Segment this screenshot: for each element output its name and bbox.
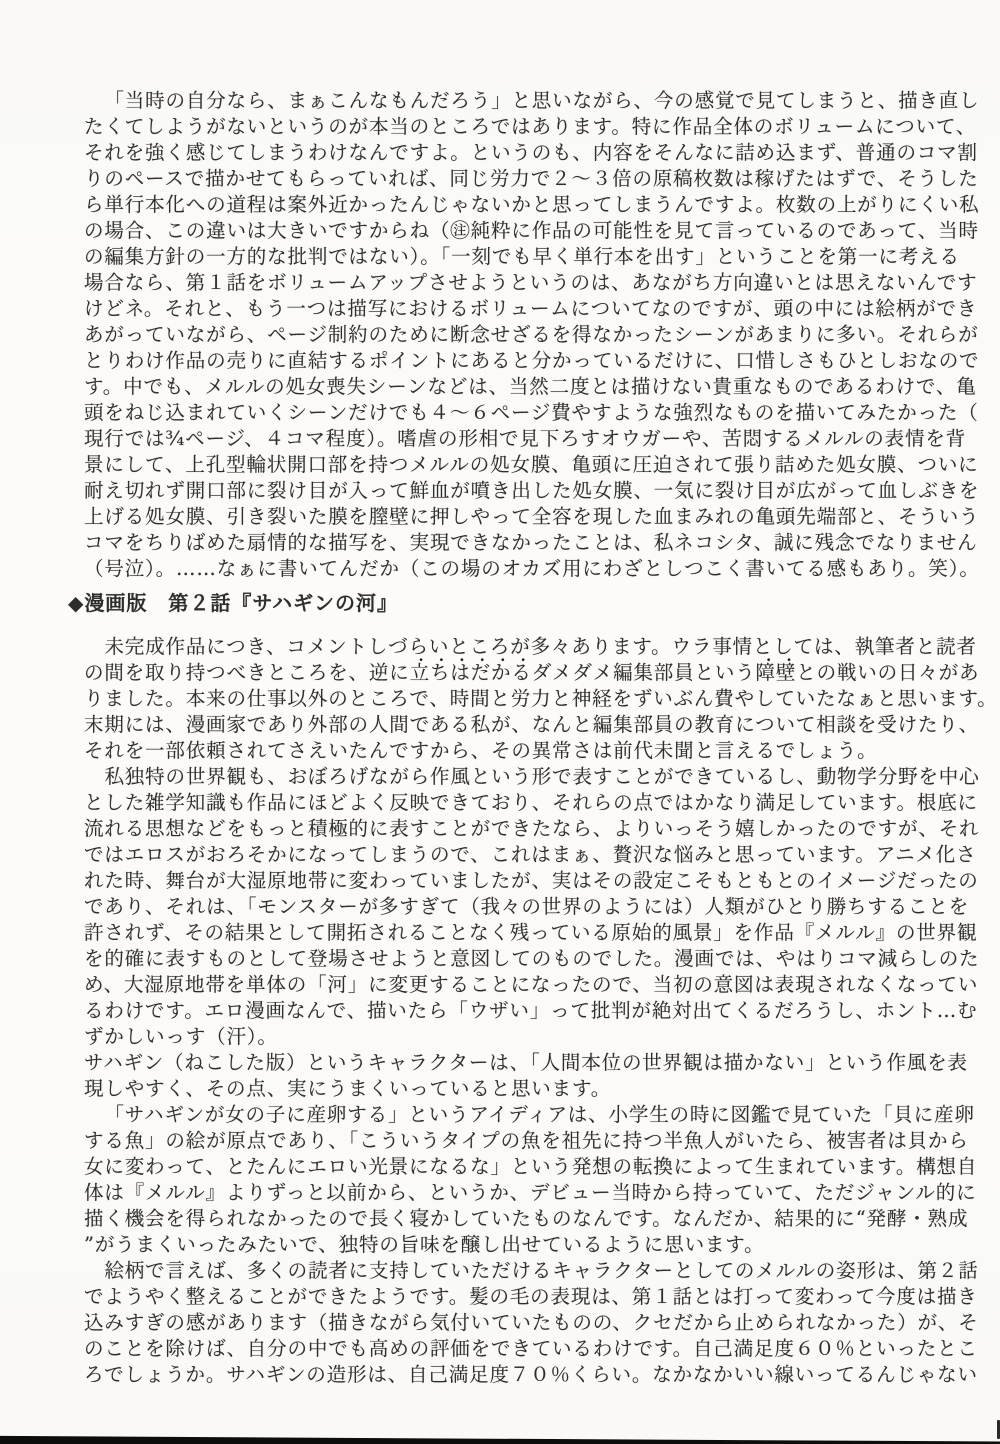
paragraph-3: 私独特の世界観も、おぼろげながら作風という形で表すことができているし、動物学分野… — [84, 764, 964, 1102]
text-line: する魚」の絵が原点であり、「こういうタイプの魚を祖先に持つ半魚人がいたら、被害者… — [84, 1128, 964, 1154]
text-line: の場合、この違いは大きいですからね（㊟純粋に作品の可能性を見て言っているのであっ… — [84, 218, 964, 244]
text-line: の間を取り持つべきところを、逆に立ちはだかるダメダメ編集部員という障壁との戦いの… — [84, 660, 964, 686]
scan-edge-artifact — [0, 1435, 1000, 1444]
paragraph-1: 「当時の自分なら、まぁこんなもんだろう」と思いながら、今の感覚で見てしまうと、描… — [84, 88, 964, 582]
text-line: す。中でも、メルルの処女喪失シーンなどは、当然二度とは描けない貴重なものであるわ… — [84, 374, 964, 400]
text-body: 「当時の自分なら、まぁこんなもんだろう」と思いながら、今の感覚で見てしまうと、描… — [84, 88, 964, 1388]
text-line: りました。本来の仕事以外のところで、時間と労力と神経をずいぶん費やしていたなぁと… — [84, 686, 964, 712]
text-line: 頭をねじ込まれていくシーンだけでも４～６ページ費やすような強烈なものを描いてみた… — [84, 400, 964, 426]
text-line: りのペースで描かせてもらっていれば、同じ労力で２～３倍の原稿枚数は稼げたはずで、… — [84, 166, 964, 192]
scanned-page: 「当時の自分なら、まぁこんなもんだろう」と思いながら、今の感覚で見てしまうと、描… — [0, 0, 1000, 1444]
text-line: 現行では¾ページ、４コマ程度）。嗜虐の形相で見下ろすオウガーや、苦悶するメルルの… — [84, 426, 964, 452]
emphasis-dot: • — [452, 657, 472, 665]
text-line: め、大湿原地帯を単体の「河」に変更することになったので、当初の意図は表現されなく… — [84, 972, 964, 998]
emphasis-dot: • — [513, 657, 533, 665]
emphasis-dots: •••••• — [411, 657, 534, 665]
text-line: サハギン（ねこした版）というキャラクターは、「人間本位の世界観は描かない」という… — [84, 1050, 964, 1076]
text-line: コマをちりばめた扇情的な描写を、実現できなかったことは、私ネコシタ、誠に残念でな… — [84, 530, 964, 556]
text-line: 描く機会を得られなかったので長く寝かしていたものなんです。なんだか、結果的に“発… — [84, 1206, 964, 1232]
text-line: 絵柄で言えば、多くの読者に支持していただけるキャラクターとしてのメルルの姿形は、… — [84, 1258, 964, 1284]
text-line: 場合なら、第１話をボリュームアップさせようというのは、あながち方向違いとは思えな… — [84, 270, 964, 296]
text-line: ”がうまくいったみたいで、独特の旨味を醸し出せているように思います。 — [84, 1232, 964, 1258]
text-line: それを一部依頼されてさえいたんですから、その異常さは前代未聞と言えるでしょう。 — [84, 738, 964, 764]
emphasis-dot: • — [493, 657, 513, 665]
text-line: ではエロスがおろそかになってしまうので、これはまぁ、贅沢な悩みと思っています。ア… — [84, 842, 964, 868]
text-line: 流れる思想などをもっと積極的に表すことができたなら、よりいっそう嬉しかったのです… — [84, 816, 964, 842]
text-line: 私独特の世界観も、おぼろげながら作風という形で表すことができているし、動物学分野… — [84, 764, 964, 790]
text-line: 景にして、上孔型輪状開口部を持つメルルの処女膜、亀頭に圧迫されて張り詰めた処女膜… — [84, 452, 964, 478]
emphasis-dots: •• — [759, 657, 800, 665]
text-line: 上げる処女膜、引き裂いた膜を膣壁に押しやって全容を現した血まみれの亀頭先端部と、… — [84, 504, 964, 530]
text-line: それを強く感じてしまうわけなんですよ。というのも、内容をそんなに詰め込まず、普通… — [84, 140, 964, 166]
text-line: 込みすぎの感があります（描きながら気付いていたものの、クセだから止められなかった… — [84, 1310, 964, 1336]
text-line: 許されず、その結果として開拓されることなく残っている原始的風景」を作品『メルル』… — [84, 920, 964, 946]
text-line: 「サハギンが女の子に産卵する」というアイディアは、小学生の時に図鑑で見ていた「貝… — [84, 1102, 964, 1128]
emphasis-dot: • — [779, 657, 799, 665]
text-line: れた時、舞台が大湿原地帯に変わっていましたが、実はその設定こそもともとのイメージ… — [84, 868, 964, 894]
text-line: の編集方針の一方的な批判ではない）。「一刻でも早く単行本を出す」ということを第一… — [84, 244, 964, 270]
text-line: 女に変わって、とたんにエロい光景になるな」という発想の転換によって生まれています… — [84, 1154, 964, 1180]
emphasis-dot: • — [411, 657, 431, 665]
text-line: 末期には、漫画家であり外部の人間である私が、なんと編集部員の教育について相談を受… — [84, 712, 964, 738]
text-line: でようやく整えることができたようです。髪の毛の表現は、第１話とは打って変わって今… — [84, 1284, 964, 1310]
text-line: 「当時の自分なら、まぁこんなもんだろう」と思いながら、今の感覚で見てしまうと、描… — [84, 88, 964, 114]
text-line: けどネ。それと、もう一つは描写におけるボリュームについてなのですが、頭の中には絵… — [84, 296, 964, 322]
text-line: とりわけ作品の売りに直結するポイントにあると分かっているだけに、口惜しさもひとし… — [84, 348, 964, 374]
text-line: るわけです。エロ漫画なんで、描いたら「ウザい」って批判が絶対出てくるだろうし、ホ… — [84, 998, 964, 1024]
text-line: 現しやすく、その点、実にうまくいっていると思います。 — [84, 1076, 964, 1102]
section-heading: ◆漫画版 第２話『サハギンの河』 — [68, 588, 964, 618]
paragraph-2: 未完成作品につき、コメントしづらいところが多々あります。ウラ事情としては、執筆者… — [84, 634, 964, 764]
text-line: （号泣）。……なぁに書いてんだか（この場のオカズ用にわざとしつこく書いてる感もあ… — [84, 556, 964, 582]
text-line: とした雑学知識も作品にほどよく反映できており、それらの点ではかなり満足しています… — [84, 790, 964, 816]
text-line: のことを除けば、自分の中でも高めの評価をできているわけです。自己満足度６０％とい… — [84, 1336, 964, 1362]
text-line: 体は『メルル』よりずっと以前から、というか、デビュー当時から持っていて、ただジャ… — [84, 1180, 964, 1206]
text-line: を的確に表すものとして登場させようと意図してのものでした。漫画では、やはりコマ減… — [84, 946, 964, 972]
text-line: あがっていながら、ページ制約のために断念せざるを得なかったシーンがあまりに多い。… — [84, 322, 964, 348]
text-line: 耐え切れず開口部に裂け目が入って鮮血が噴き出した処女膜、一気に裂け目が広がって血… — [84, 478, 964, 504]
text-line: ろでしょうか。サハギンの造形は、自己満足度７０％くらい。なかなかいい線いってるん… — [84, 1362, 964, 1388]
emphasis-dot: • — [759, 657, 779, 665]
text-line: であり、それは、「モンスターが多すぎて（我々の世界のようには）人類がひとり勝ちす… — [84, 894, 964, 920]
text-line: たくてしようがないというのが本当のところではあります。特に作品全体のボリュームに… — [84, 114, 964, 140]
emphasis-dot: • — [473, 657, 493, 665]
paragraph-4: 「サハギンが女の子に産卵する」というアイディアは、小学生の時に図鑑で見ていた「貝… — [84, 1102, 964, 1258]
text-line: ら単行本化への道程は案外近かったんじゃないかと思ってしまうんですよ。枚数の上がり… — [84, 192, 964, 218]
paragraph-5: 絵柄で言えば、多くの読者に支持していただけるキャラクターとしてのメルルの姿形は、… — [84, 1258, 964, 1388]
emphasis-dot: • — [432, 657, 452, 665]
text-line: ずかしいっす（汗）。 — [84, 1024, 964, 1050]
